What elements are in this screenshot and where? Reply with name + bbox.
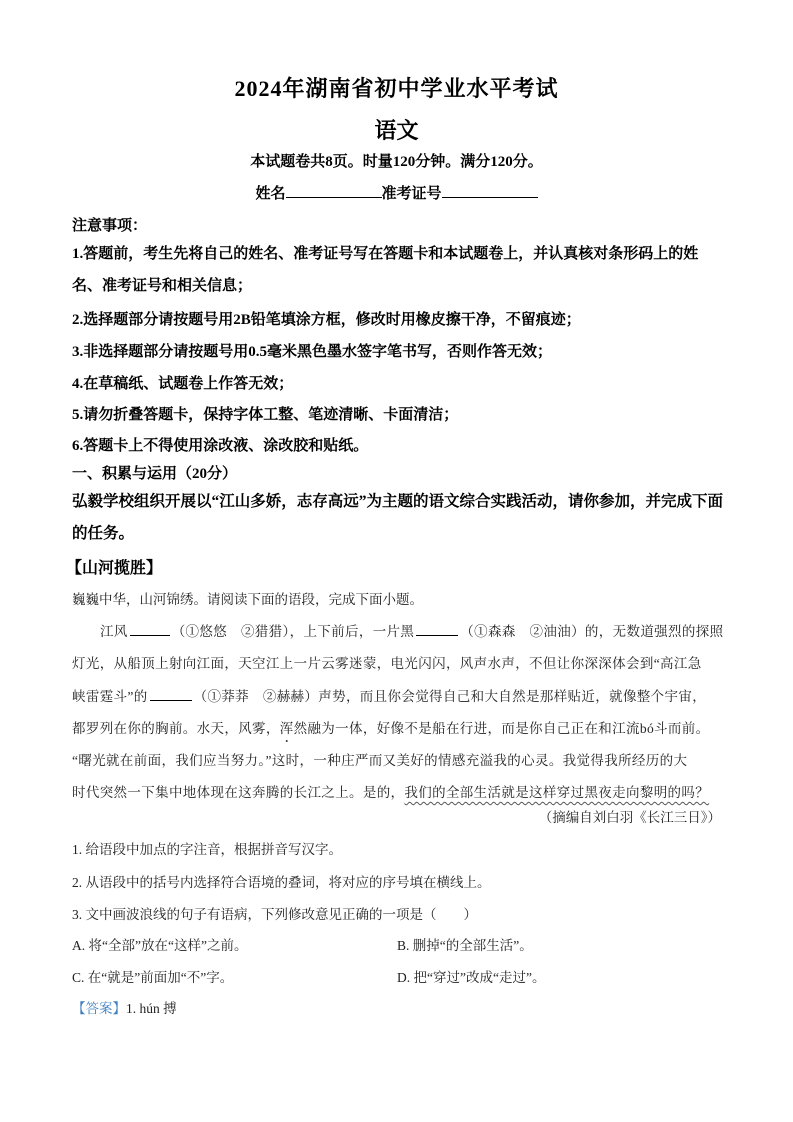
notice-item-6: 6.答题卡上不得使用涂改液、涂改胶和贴纸。 <box>72 434 368 455</box>
passage-source: （摘编自刘白羽《长江三日》） <box>539 806 721 826</box>
blank-1[interactable] <box>130 623 170 636</box>
question-2: 2. 从语段中的括号内选择符合语境的叠词，将对应的序号填在横线上。 <box>72 871 491 891</box>
question-1: 1. 给语段中加点的字注音，根据拼音写汉字。 <box>72 838 342 858</box>
passage-line-6: 时代突然一下集中地体现在这奔腾的长江之上。是的，我们的全部生活就是这样穿过黑夜走… <box>72 781 726 801</box>
notice-item-2: 2.选择题部分请按题号用2B铅笔填涂方框，修改时用橡皮擦干净，不留痕迹； <box>72 308 581 329</box>
candidate-info-row: 姓名准考证号 <box>0 182 793 203</box>
exam-id-blank[interactable] <box>442 183 538 198</box>
task-tag: 【山河揽胜】 <box>66 555 162 578</box>
option-a[interactable]: A. 将“全部”放在“这样”之前。 <box>72 934 247 954</box>
exam-info: 本试题卷共8页。时量120分钟。满分120分。 <box>0 150 793 171</box>
notice-item-4: 4.在草稿纸、试题卷上作答无效； <box>72 372 293 393</box>
option-c[interactable]: C. 在“就是”前面加“不”字。 <box>72 966 233 986</box>
passage-lead: 巍巍中华，山河锦绣。请阅读下面的语段，完成下面小题。 <box>72 588 423 608</box>
passage-line-2: 灯光，从船顶上射向江面，天空江上一片云雾迷蒙，电光闪闪，风声水声，不但让你深深体… <box>72 652 726 672</box>
notice-item-1: 1.答题前，考生先将自己的姓名、准考证号写在答题卡和本试题卷上，并认真核对条形码… <box>72 238 722 302</box>
passage-line-5: “曙光就在前面，我们应当努力。”这时，一种庄严而又美好的情感充溢我的心灵。我觉得… <box>72 749 726 769</box>
exam-id-label: 准考证号 <box>382 186 442 202</box>
exam-title: 2024年湖南省初中学业水平考试 <box>0 72 793 103</box>
wavy-underlined-sentence: 我们的全部生活就是这样穿过黑夜走向黎明的吗？ <box>404 785 709 800</box>
exam-subject: 语文 <box>0 114 793 145</box>
answer-line: 【答案】1. hún 搏 <box>72 997 177 1017</box>
dotted-character: 浑 <box>280 721 294 736</box>
notice-item-3: 3.非选择题部分请按题号用0.5毫米黑色墨水签字笔书写，否则作答无效； <box>72 340 552 361</box>
notice-item-5: 5.请勿折叠答题卡，保持字体工整、笔迹清晰、卡面清洁； <box>72 403 458 424</box>
answer-label: 【答案】 <box>72 1001 126 1016</box>
passage-line-4: 都罗列在你的胸前。水天，风雾，浑然融为一体，好像不是船在行进，而是你自己正在和江… <box>72 717 726 737</box>
name-label: 姓名 <box>255 186 285 202</box>
passage-line-3: 峡雷霆斗”的（①莽莽 ②赫赫）声势，而且你会觉得自己和大自然是那样贴近，就像整个… <box>72 685 726 705</box>
option-b[interactable]: B. 删掉“的全部生活”。 <box>397 934 533 954</box>
notice-heading: 注意事项： <box>72 214 147 235</box>
name-blank[interactable] <box>286 183 382 198</box>
answer-text: 1. hún 搏 <box>126 1001 177 1016</box>
section-heading: 一、积累与运用（20分） <box>72 462 237 483</box>
option-d[interactable]: D. 把“穿过”改成“走过”。 <box>397 966 545 986</box>
passage-line-1: 江风（①悠悠 ②猎猎），上下前后，一片黑（①森森 ②油油）的，无数道强烈的探照 <box>72 620 726 640</box>
blank-2[interactable] <box>416 623 458 636</box>
exam-page: 2024年湖南省初中学业水平考试 语文 本试题卷共8页。时量120分钟。满分12… <box>0 0 793 1122</box>
question-3: 3. 文中画波浪线的句子有语病，下列修改意见正确的一项是（ ） <box>72 903 477 923</box>
blank-3[interactable] <box>150 688 192 701</box>
section-intro: 弘毅学校组织开展以“江山多娇，志存高远”为主题的语文综合实践活动，请你参加，并完… <box>72 486 724 550</box>
